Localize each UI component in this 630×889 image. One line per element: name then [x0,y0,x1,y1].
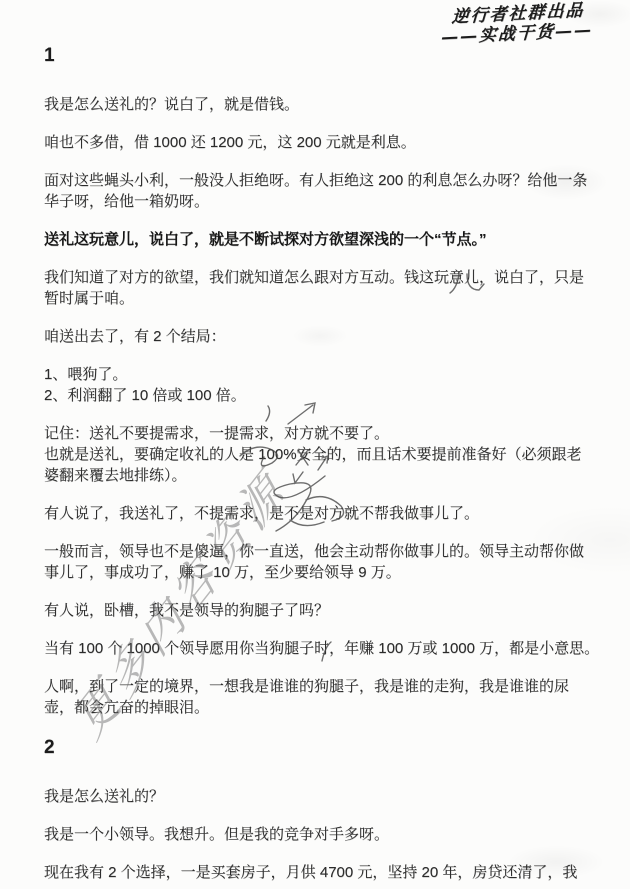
paragraph: 面对这些蝇头小利，一般没人拒绝呀。有人拒绝这 200 的利息怎么办呀？给他一条华… [44,170,592,212]
paragraph: 也就是送礼，要确定收礼的人是 100%安全的，而且话术要提前准备好（必须跟老婆翻… [44,444,592,486]
paragraph: 我是怎么送礼的？ [44,786,592,807]
section-number: 2 [44,738,606,758]
paragraph: 我们知道了对方的欲望，我们就知道怎么跟对方互动。钱这玩意儿，说白了，只是暂时属于… [44,267,592,309]
paragraph: 我是一个小领导。我想升。但是我的竞争对手多呀。 [44,824,592,845]
paragraph: 有人说了，我送礼了，不提需求，是不是对方就不帮我做事儿了。 [44,503,592,524]
paragraph: 咱也不多借，借 1000 还 1200 元，这 200 元就是利息。 [44,132,592,153]
paragraph: 人啊，到了一定的境界，一想我是谁谁的狗腿子，我是谁的走狗，我是谁谁的尿壶，都会亢… [44,676,592,718]
section-number: 1 [44,46,606,66]
section-2: 2 我是怎么送礼的？ 我是一个小领导。我想升。但是我的竞争对手多呀。 现在我有 … [44,738,606,883]
paragraph: 记住：送礼不要提需求，一提需求，对方就不要了。 [44,423,592,444]
paragraph: 咱送出去了，有 2 个结局： [44,326,592,347]
paragraph-emphasized: 送礼这玩意儿，说白了，就是不断试探对方欲望深浅的一个“节点。” [44,229,592,250]
section-1: 1 我是怎么送礼的？说白了，就是借钱。 咱也不多借，借 1000 还 1200 … [44,46,606,718]
paragraph: 我是怎么送礼的？说白了，就是借钱。 [44,94,592,115]
paragraph: 当有 100 个 1000 个领导愿用你当狗腿子时，年赚 100 万或 1000… [44,638,606,659]
paragraph: 有人说，卧槽，我不是领导的狗腿子了吗？ [44,600,592,621]
paragraph: 一般而言，领导也不是傻逼，你一直送，他会主动帮你做事儿的。领导主动帮你做事儿了，… [44,541,592,583]
document-page: 1 我是怎么送礼的？说白了，就是借钱。 咱也不多借，借 1000 还 1200 … [0,0,630,883]
paragraph: 现在我有 2 个选择，一是买套房子，月供 4700 元，坚持 20 年，房贷还清… [44,862,606,883]
list-item: 2、利润翻了 10 倍或 100 倍。 [44,385,592,406]
list-item: 1、喂狗了。 [44,364,592,385]
